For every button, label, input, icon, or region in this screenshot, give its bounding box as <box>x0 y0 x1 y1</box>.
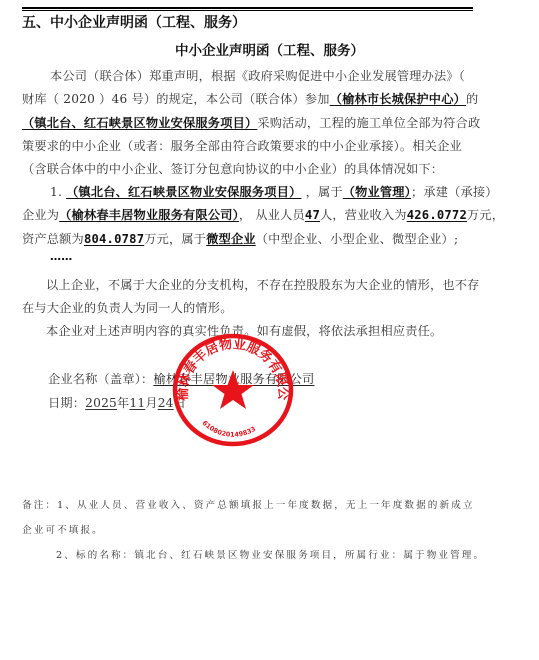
document-title: 中小企业声明函（工程、服务） <box>0 39 539 59</box>
buyer-name: （榆林市长城保护中心） <box>330 92 466 106</box>
text-fragment: 万元， <box>467 208 504 222</box>
text-fragment: 采购活动，工程的施工单位全部为符合政 <box>257 116 480 130</box>
text-fragment: 月 <box>145 396 157 410</box>
text-fragment: 资产总额为 <box>22 232 84 246</box>
top-double-rule <box>22 7 473 11</box>
section-title: 五、中小企业声明函（工程、服务） <box>22 12 246 32</box>
text-fragment: 的 <box>466 92 478 106</box>
item-1-line-3: 资产总额为804.0787万元，属于微型企业（中型企业、小型企业、微型企业）; <box>22 230 458 247</box>
date-month: 11 <box>129 396 145 410</box>
enterprise-size: 微型企业 <box>206 232 256 246</box>
text-fragment: 人，营业收入为 <box>320 208 407 222</box>
text-fragment: ，属于 <box>306 185 343 199</box>
size-options: （中型企业、小型企业、微型企业）; <box>256 232 459 246</box>
note-1-line-2: 企业可不填报。 <box>22 522 104 536</box>
item-project-name: （镇北台、红石峡景区物业安保服务项目） <box>66 185 301 199</box>
item-1-line-2: 企业为（榆林春丰居物业服务有限公司）， 从业人员47人，营业收入为426.077… <box>22 206 504 223</box>
assets-value: 804.0787 <box>84 232 144 246</box>
note-1-line-1: 备注：1、从业人员、营业收入、资产总额填报上一年度数据，无上一年度数据的新成立 <box>22 497 475 511</box>
company-label: 企业名称（盖章）： <box>48 372 153 386</box>
date-year: 2025 <box>85 396 117 410</box>
text-fragment: 企业为 <box>22 208 59 222</box>
revenue-value: 426.0772 <box>407 208 467 222</box>
paragraph-2-line-2: 在与大企业的负责人为同一人的情形。 <box>22 299 233 316</box>
text-fragment: 万元，属于 <box>144 232 206 246</box>
note-2: 2、标的名称：镇北台、红石峡景区物业安保服务项目，所属行业：属于物业管理。 <box>56 547 485 561</box>
staff-count: 47 <box>305 208 320 222</box>
item-1-line-1: 1. （镇北台、红石峡景区物业安保服务项目） ，属于（物业管理）；承建（承接） <box>50 183 498 200</box>
date-label: 日期： <box>48 396 85 410</box>
paragraph-2-line-1: 以上企业，不属于大企业的分支机构，不存在控股股东为大企业的情形，也不存 <box>46 276 480 293</box>
company-seal-icon: 榆林春丰居物业服务有限公司 6108020149833 <box>170 332 296 448</box>
paragraph-1-line-5: （含联合体中的中小企业、签订分包意向协议的中小企业）的具体情况如下： <box>22 160 443 177</box>
text-fragment: 年 <box>117 396 129 410</box>
item-number: 1. <box>50 185 62 199</box>
enterprise-name: （榆林春丰居物业服务有限公司） <box>59 208 239 222</box>
paragraph-1-line-4: 策要求的中小企业（或者：服务全部由符合政策要求的中小企业承接）。相关企业 <box>22 137 462 154</box>
paragraph-1-line-2: 财库（ 2020 ）46 号）的规定，本公司（联合体）参加（榆林市长城保护中心）… <box>22 90 478 107</box>
regulation-ref: 财库（ 2020 ）46 号）的规定，本公司（联合体）参加 <box>22 92 330 106</box>
ellipsis: …… <box>50 250 72 263</box>
svg-text:6108020149833: 6108020149833 <box>201 419 257 439</box>
industry: （物业管理） <box>343 185 411 199</box>
text-fragment: ；承建（承接） <box>411 185 498 199</box>
signature-date-line: 日期：2025年11月24日 <box>48 394 186 411</box>
paragraph-1-line-3: （镇北台、红石峡景区物业安保服务项目）采购活动，工程的施工单位全部为符合政 <box>22 114 480 131</box>
paragraph-1-line-1: 本公司（联合体）郑重声明，根据《政府采购促进中小企业发展管理办法》（ <box>50 67 465 84</box>
project-name: （镇北台、红石峡景区物业安保服务项目） <box>22 116 257 130</box>
text-fragment: ， 从业人员 <box>239 208 305 222</box>
